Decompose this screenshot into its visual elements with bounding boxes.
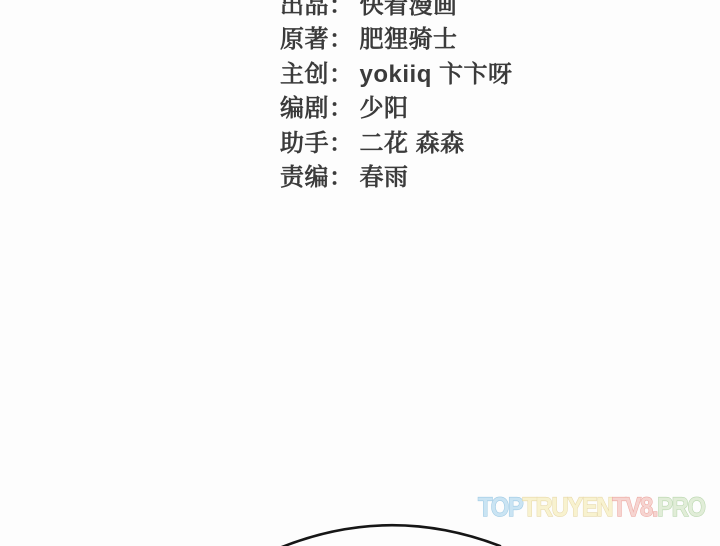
credit-colon: ： — [329, 164, 354, 191]
credit-line: 责编：春雨 — [280, 161, 513, 195]
credit-value: 春雨 — [360, 164, 409, 191]
credit-colon: ： — [329, 95, 354, 122]
watermark-segment: TOP — [478, 492, 522, 522]
credit-colon: ： — [329, 0, 354, 19]
site-watermark: TOPTRUYENTV8.PRO — [478, 492, 705, 523]
credits-block: 出品：快看漫画 原著：肥狸骑士 主创：yokiiq 卞卞呀 编剧：少阳 助手：二… — [280, 0, 513, 195]
credit-value: 肥狸骑士 — [360, 26, 458, 53]
credit-line: 出品：快看漫画 — [280, 0, 513, 23]
credit-colon: ： — [329, 61, 354, 88]
credit-line: 编剧：少阳 — [280, 92, 513, 126]
credit-value: 二花 森森 — [360, 130, 465, 157]
watermark-segment: PRO — [657, 492, 705, 522]
credit-role-label: 助手 — [280, 130, 329, 157]
bubble-arc-path — [277, 525, 500, 546]
credit-role-label: 原著 — [280, 26, 329, 53]
credit-colon: ： — [329, 130, 354, 157]
watermark-segment: TRUYEN — [522, 492, 612, 522]
comic-page: 出品：快看漫画 原著：肥狸骑士 主创：yokiiq 卞卞呀 编剧：少阳 助手：二… — [0, 0, 720, 546]
credit-role-label: 责编 — [280, 164, 329, 191]
credit-value: 快看漫画 — [360, 0, 458, 19]
credit-line: 原著：肥狸骑士 — [280, 23, 513, 57]
credit-role-label: 编剧 — [280, 95, 329, 122]
credit-colon: ： — [329, 26, 354, 53]
credit-line: 主创：yokiiq 卞卞呀 — [280, 58, 513, 92]
watermark-segment: TV8. — [612, 492, 657, 522]
credit-role-label: 主创 — [280, 61, 329, 88]
credit-role-label: 出品 — [280, 0, 329, 19]
credit-line: 助手：二花 森森 — [280, 127, 513, 161]
credit-value: 少阳 — [360, 95, 409, 122]
credit-value: yokiiq 卞卞呀 — [360, 61, 513, 88]
